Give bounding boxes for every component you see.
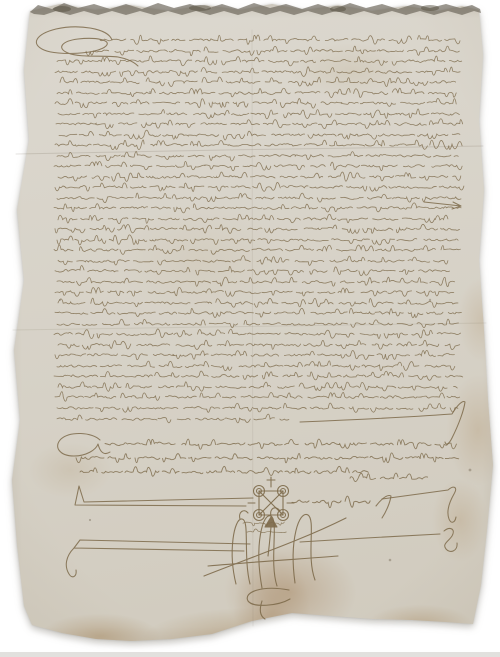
paper-shadow — [0, 0, 500, 657]
document-photo — [0, 0, 500, 657]
paper-sheet — [0, 0, 500, 657]
